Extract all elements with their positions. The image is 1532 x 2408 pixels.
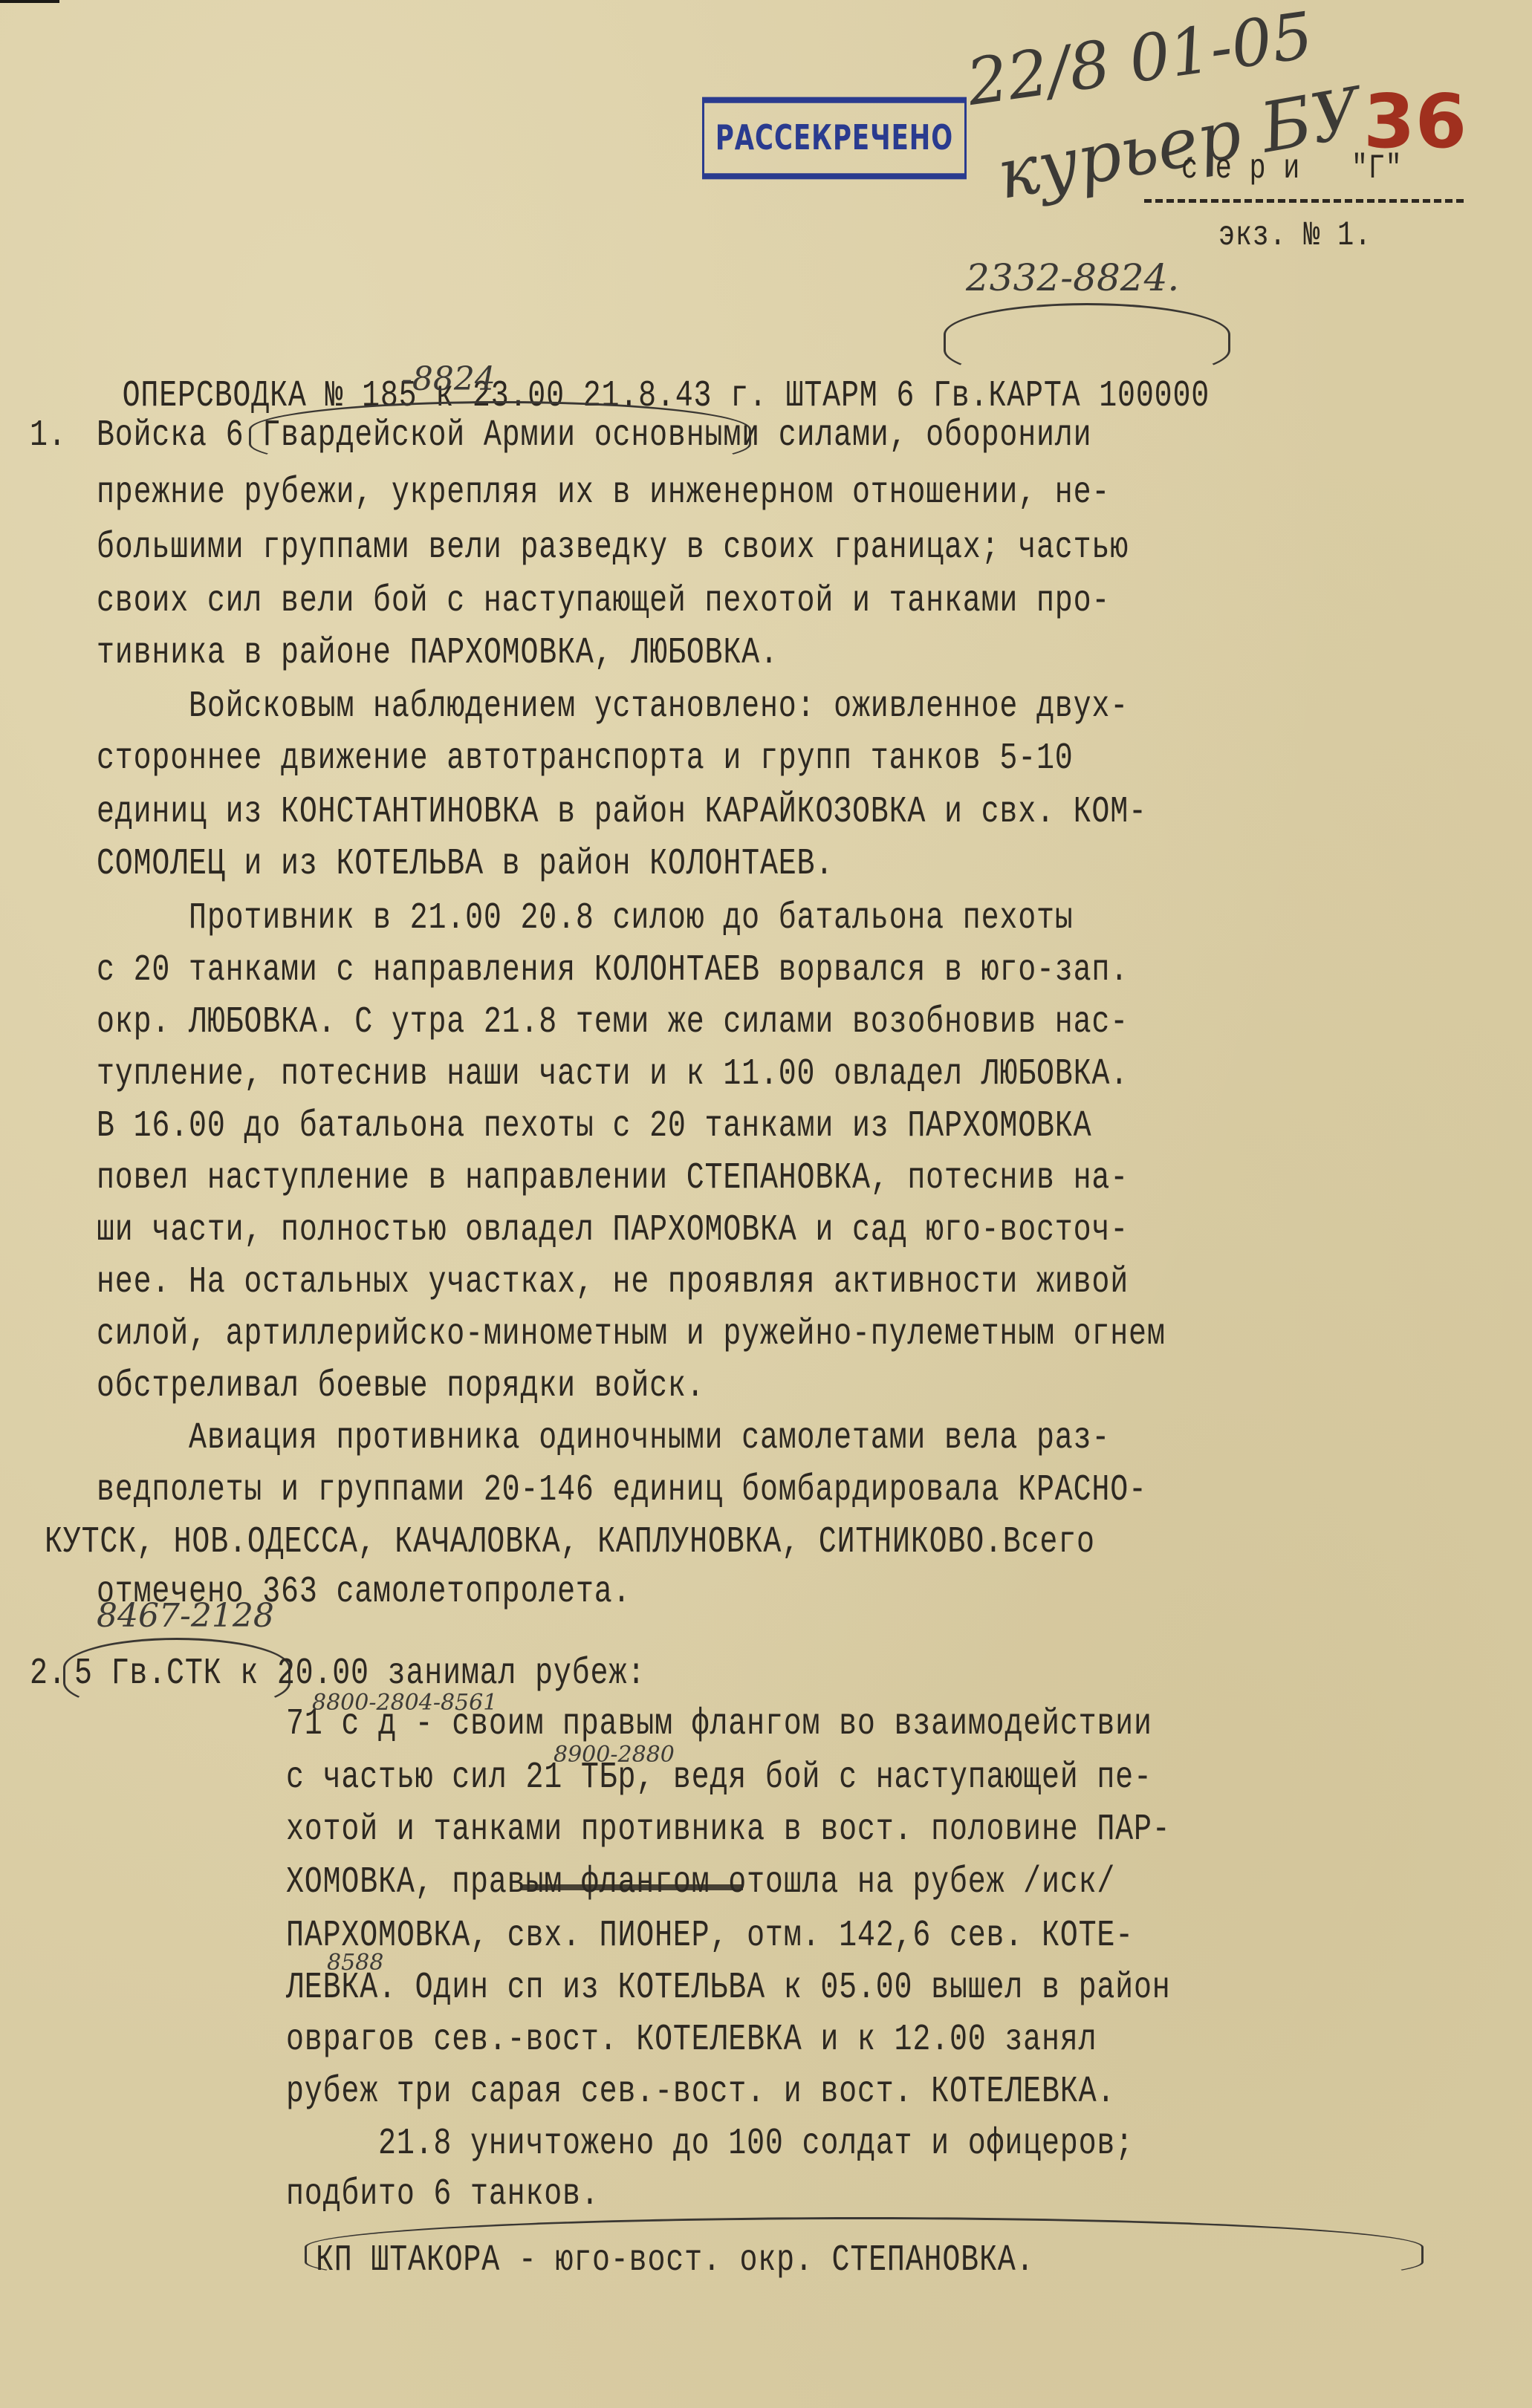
section2-line: ПАРХОМОВКА, свх. ПИОНЕР, отм. 142,6 сев.…	[286, 1913, 1134, 1960]
section1-line: стороннее движение автотранспорта и груп…	[97, 735, 1074, 783]
copy-number: экз. № 1.	[1218, 212, 1372, 259]
section2-line: 71 с д - своим правым флангом во взаимод…	[286, 1701, 1152, 1748]
dashed-rule	[1144, 199, 1464, 203]
section1-number: 1.	[30, 412, 67, 460]
section1-line: СОМОЛЕЦ и из КОТЕЛЬВА в район КОЛОНТАЕВ.	[97, 841, 834, 888]
section2-line: с частью сил 21 ТБр, ведя бой с наступаю…	[286, 1754, 1152, 1802]
strikethrough-mark	[520, 1884, 743, 1890]
section2-line: ЛЕВКА. Один сп из КОТЕЛЬВА к 05.00 вышел…	[286, 1965, 1171, 2012]
section2-line: рубеж три сарая сев.-вост. и вост. КОТЕЛ…	[286, 2069, 1115, 2116]
stamp-text: РАССЕКРЕЧЕНО	[715, 118, 953, 158]
section1-line: тивника в районе ПАРХОМОВКА, ЛЮБОВКА.	[97, 630, 779, 677]
section2-line: оврагов сев.-вост. КОТЕЛЕВКА и к 12.00 з…	[286, 2017, 1097, 2064]
section2-line: 21.8 уничтожено до 100 солдат и офицеров…	[286, 2121, 1134, 2168]
title-map: КАРТА 100000	[988, 375, 1210, 417]
title-hq: ШТАРМ 6 Гв.	[786, 375, 989, 417]
section1-line: своих сил вели бой с наступающей пехотой…	[97, 578, 1110, 625]
section1-line: обстреливал боевые порядки войск.	[97, 1363, 705, 1410]
section1-line: Авиация противника одиночными самолетами…	[97, 1415, 1110, 1462]
section1-line: Войска 6 Гвардейской Армии основными сил…	[97, 412, 1091, 460]
section1-line: ши части, полностью овладел ПАРХОМОВКА и…	[97, 1207, 1129, 1255]
section1-line: силой, артиллерийско-минометным и ружейн…	[97, 1311, 1166, 1358]
section2-number: 2.	[30, 1650, 67, 1698]
section1-line: повел наступление в направлении СТЕПАНОВ…	[97, 1155, 1129, 1203]
section1-line: тупление, потеснив наши части и к 11.00 …	[97, 1051, 1129, 1099]
section1-line: КУТСК, НОВ.ОДЕССА, КАЧАЛОВКА, КАПЛУНОВКА…	[45, 1519, 1095, 1566]
scan-edge-mark	[0, 0, 59, 3]
section1-line: Противник в 21.00 20.8 силою до батальон…	[97, 895, 1074, 943]
section1-line: прежние рубежи, укрепляя их в инженерном…	[97, 469, 1110, 517]
section1-line: ведполеты и группами 20-146 единиц бомба…	[97, 1467, 1147, 1514]
section1-line: В 16.00 до батальона пехоты с 20 танками…	[97, 1103, 1091, 1151]
section1-line: нее. На остальных участках, не проявляя …	[97, 1259, 1129, 1306]
section2-line: подбито 6 танков.	[286, 2171, 600, 2219]
section2-handwritten-reference: 8467-2128	[97, 1597, 274, 1635]
section1-line: Войсковым наблюдением установлено: оживл…	[97, 683, 1129, 731]
secrecy-series: с е р и "Г"	[1181, 145, 1402, 192]
section1-line: окр. ЛЮБОВКА. С утра 21.8 теми же силами…	[97, 999, 1129, 1047]
declassified-stamp: РАССЕКРЕЧЕНО	[702, 97, 967, 180]
section2-line: ХОМОВКА, правым флангом отошла на рубеж …	[286, 1859, 1115, 1907]
title-handwritten-note: -8824	[401, 360, 496, 398]
handwritten-reference: 2332-8824.	[966, 256, 1179, 299]
section1-line: большими группами вели разведку в своих …	[97, 524, 1129, 572]
command-post-line: КП ШТАКОРА - юго-вост. окр. СТЕПАНОВКА.	[316, 2237, 1034, 2285]
section1-line: с 20 танками с направления КОЛОНТАЕВ вор…	[97, 947, 1129, 995]
section1-line: единиц из КОНСТАНТИНОВКА в район КАРАЙКО…	[97, 789, 1147, 836]
section2-line: хотой и танками противника в вост. полов…	[286, 1806, 1171, 1854]
